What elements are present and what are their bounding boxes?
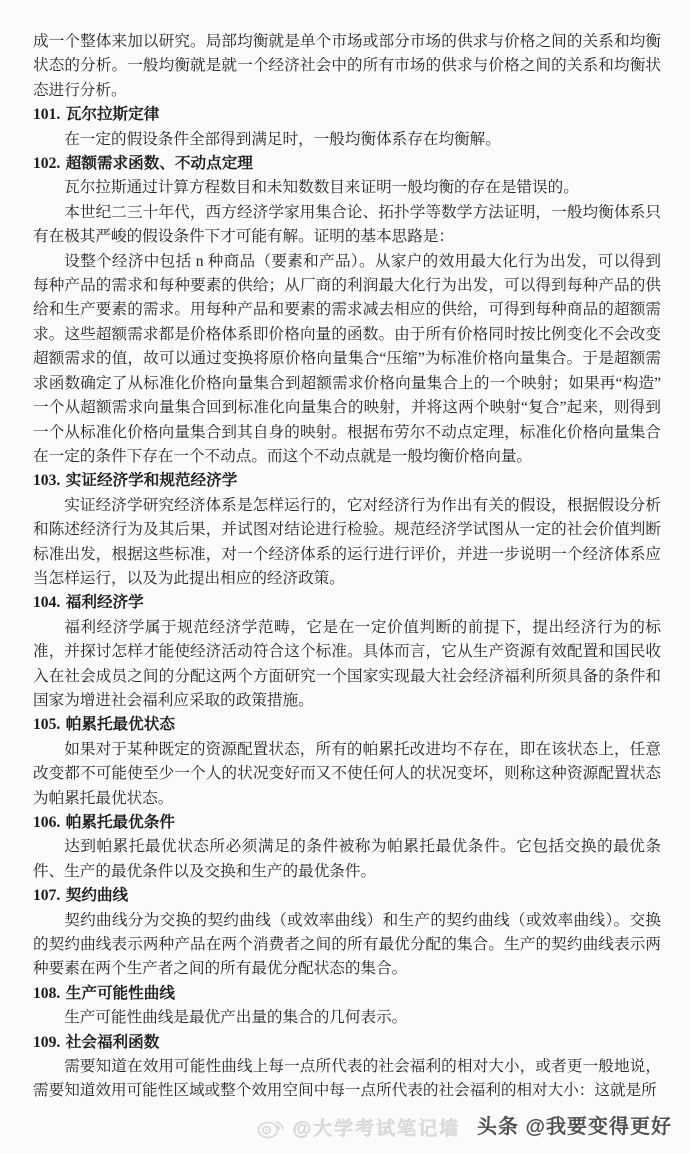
entry-paragraph: 在一定的假设条件全部得到满足时，一般均衡体系存在均衡解。	[33, 128, 661, 152]
entry-title: 生产可能性曲线	[66, 985, 175, 1002]
weibo-handle: @大学考试笔记墙	[293, 1114, 461, 1141]
entry-paragraph: 福利经济学属于规范经济学范畴，它是在一定价值判断的前提下，提出经济行为的标准，并…	[33, 616, 661, 714]
notes-content: 成一个整体来加以研究。局部均衡就是单个市场或部分市场的供求与价格之间的关系和均衡…	[33, 30, 661, 1104]
entry-title: 契约曲线	[66, 887, 128, 904]
entry-paragraph: 设整个经济中包括 n 种商品（要素和产品）。从家户的效用最大化行为出发，可以得到…	[33, 250, 661, 470]
entry-paragraph: 需要知道在效用可能性曲线上每一点所代表的社会福利的相对大小，或者更一般地说，需要…	[33, 1055, 661, 1104]
entry-number: 106.	[33, 814, 60, 831]
entry-number: 102.	[33, 155, 60, 172]
entry-number: 104.	[33, 594, 60, 611]
entry-heading-103: 103.实证经济学和规范经济学	[33, 469, 661, 493]
entry-heading-109: 109.社会福利函数	[33, 1031, 661, 1055]
entry-paragraph: 本世纪二三十年代，西方经济学家用集合论、拓扑学等数学方法证明，一般均衡体系只有在…	[33, 201, 661, 250]
entry-number: 101.	[33, 106, 60, 123]
entry-heading-106: 106.帕累托最优条件	[33, 811, 661, 835]
entry-heading-107: 107.契约曲线	[33, 884, 661, 908]
entry-title: 超额需求函数、不动点定理	[66, 155, 253, 172]
entry-heading-105: 105.帕累托最优状态	[33, 713, 661, 737]
entry-title: 社会福利函数	[66, 1034, 160, 1051]
entry-title: 实证经济学和规范经济学	[66, 472, 238, 489]
entry-title: 帕累托最优状态	[66, 716, 175, 733]
entry-number: 109.	[33, 1034, 60, 1051]
entry-paragraph: 契约曲线分为交换的契约曲线（或效率曲线）和生产的契约曲线（或效率曲线）。交换的契…	[33, 909, 661, 982]
entry-paragraph: 瓦尔拉斯通过计算方程数目和未知数数目来证明一般均衡的存在是错误的。	[33, 176, 661, 200]
entry-heading-102: 102.超额需求函数、不动点定理	[33, 152, 661, 176]
entry-title: 帕累托最优条件	[66, 814, 175, 831]
weibo-watermark: @大学考试笔记墙	[256, 1113, 461, 1141]
entry-heading-101: 101.瓦尔拉斯定律	[33, 103, 661, 127]
intro-paragraph: 成一个整体来加以研究。局部均衡就是单个市场或部分市场的供求与价格之间的关系和均衡…	[33, 30, 661, 103]
entry-number: 103.	[33, 472, 60, 489]
entry-heading-104: 104.福利经济学	[33, 591, 661, 615]
weibo-icon	[256, 1113, 286, 1141]
entry-number: 105.	[33, 716, 60, 733]
entry-paragraph: 生产可能性曲线是最优产出量的集合的几何表示。	[33, 1006, 661, 1030]
entry-heading-108: 108.生产可能性曲线	[33, 982, 661, 1006]
toutiao-watermark: 头条 @我要变得更好	[477, 1110, 672, 1139]
entry-number: 107.	[33, 887, 60, 904]
entry-paragraph: 如果对于某种既定的资源配置状态，所有的帕累托改进均不存在，即在该状态上，任意改变…	[33, 738, 661, 811]
entry-number: 108.	[33, 985, 60, 1002]
entry-title: 福利经济学	[66, 594, 144, 611]
entry-paragraph: 实证经济学研究经济体系是怎样运行的，它对经济行为作出有关的假设，根据假设分析和陈…	[33, 494, 661, 592]
entry-title: 瓦尔拉斯定律	[66, 106, 160, 123]
entry-paragraph: 达到帕累托最优状态所必须满足的条件被称为帕累托最优条件。它包括交换的最优条件、生…	[33, 835, 661, 884]
